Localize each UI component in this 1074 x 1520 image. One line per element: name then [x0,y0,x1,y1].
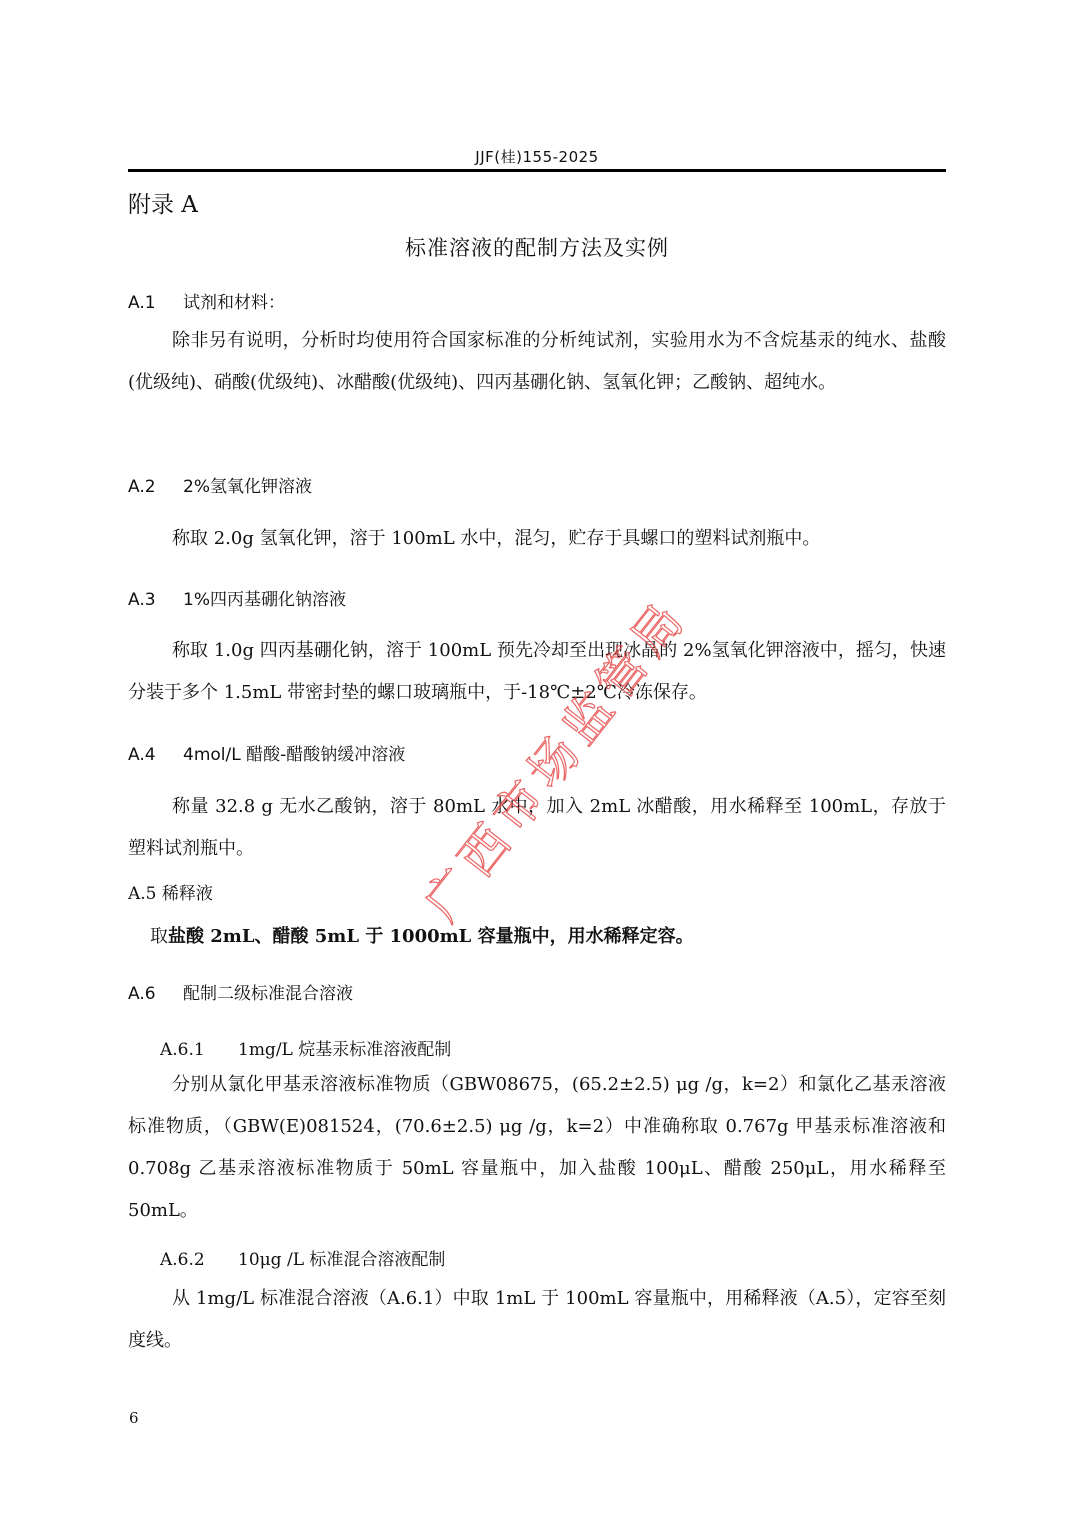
document-page: JJF(桂)155-2025 附录 A 标准溶液的配制方法及实例 A.1试剂和材… [0,0,1074,1520]
section-heading-a3: A.31%四丙基硼化钠溶液 [128,585,346,610]
section-body-a4: 称量 32.8 g 无水乙酸钠，溶于 80mL 水中，加入 2mL 冰醋酸，用水… [128,786,946,870]
section-heading-a2: A.22%氢氧化钾溶液 [128,472,312,497]
subsection-body-a6-2: 从 1mg/L 标准混合溶液（A.6.1）中取 1mL 于 100mL 容量瓶中… [128,1278,946,1362]
subsection-number: A.6.2 [160,1250,238,1270]
section-number: A.3 [128,590,183,610]
body-prefix: 取 [150,926,168,947]
section-number: A.4 [128,745,183,765]
section-number: A.2 [128,477,183,497]
section-title: 1%四丙基硼化钠溶液 [183,590,346,610]
section-body-a5: 取盐酸 2mL、醋酸 5mL 于 1000mL 容量瓶中，用水稀释定容。 [150,922,694,948]
section-body-a2: 称取 2.0g 氢氧化钾，溶于 100mL 水中，混匀，贮存于具螺口的塑料试剂瓶… [128,518,946,560]
section-heading-a1: A.1试剂和材料： [128,288,285,313]
section-heading-a6: A.6配制二级标准混合溶液 [128,979,353,1004]
section-heading-a5: A.5 稀释液 [128,879,213,904]
section-body-a3: 称取 1.0g 四丙基硼化钠，溶于 100mL 预先冷却至出现冰晶的 2%氢氧化… [128,630,946,714]
section-heading-a4: A.44mol/L 醋酸-醋酸钠缓冲溶液 [128,740,405,765]
subsection-number: A.6.1 [160,1040,238,1060]
subsection-heading-a6-1: A.6.11mg/L 烷基汞标准溶液配制 [160,1035,451,1060]
subsection-title: 10μg /L 标准混合溶液配制 [238,1250,445,1270]
document-code: JJF(桂)155-2025 [0,146,1074,167]
appendix-label: 附录 A [128,186,198,219]
section-title: 配制二级标准混合溶液 [183,984,353,1004]
body-bold: 盐酸 2mL、醋酸 5mL 于 1000mL 容量瓶中，用水稀释定容。 [168,926,694,947]
subsection-body-a6-1: 分别从氯化甲基汞溶液标准物质（GBW08675，(65.2±2.5) μg /g… [128,1064,946,1232]
section-title: 试剂和材料： [183,293,285,313]
subsection-title: 1mg/L 烷基汞标准溶液配制 [238,1040,451,1060]
appendix-title: 标准溶液的配制方法及实例 [0,232,1074,262]
section-title: 2%氢氧化钾溶液 [183,477,312,497]
section-title: 4mol/L 醋酸-醋酸钠缓冲溶液 [183,745,405,765]
section-number: A.6 [128,984,183,1004]
page-number: 6 [129,1409,139,1427]
section-number: A.5 [128,884,157,904]
section-number: A.1 [128,293,183,313]
header-rule [128,169,946,172]
subsection-heading-a6-2: A.6.210μg /L 标准混合溶液配制 [160,1245,445,1270]
section-title: 稀释液 [162,884,213,904]
section-body-a1: 除非另有说明，分析时均使用符合国家标准的分析纯试剂，实验用水为不含烷基汞的纯水、… [128,320,946,404]
